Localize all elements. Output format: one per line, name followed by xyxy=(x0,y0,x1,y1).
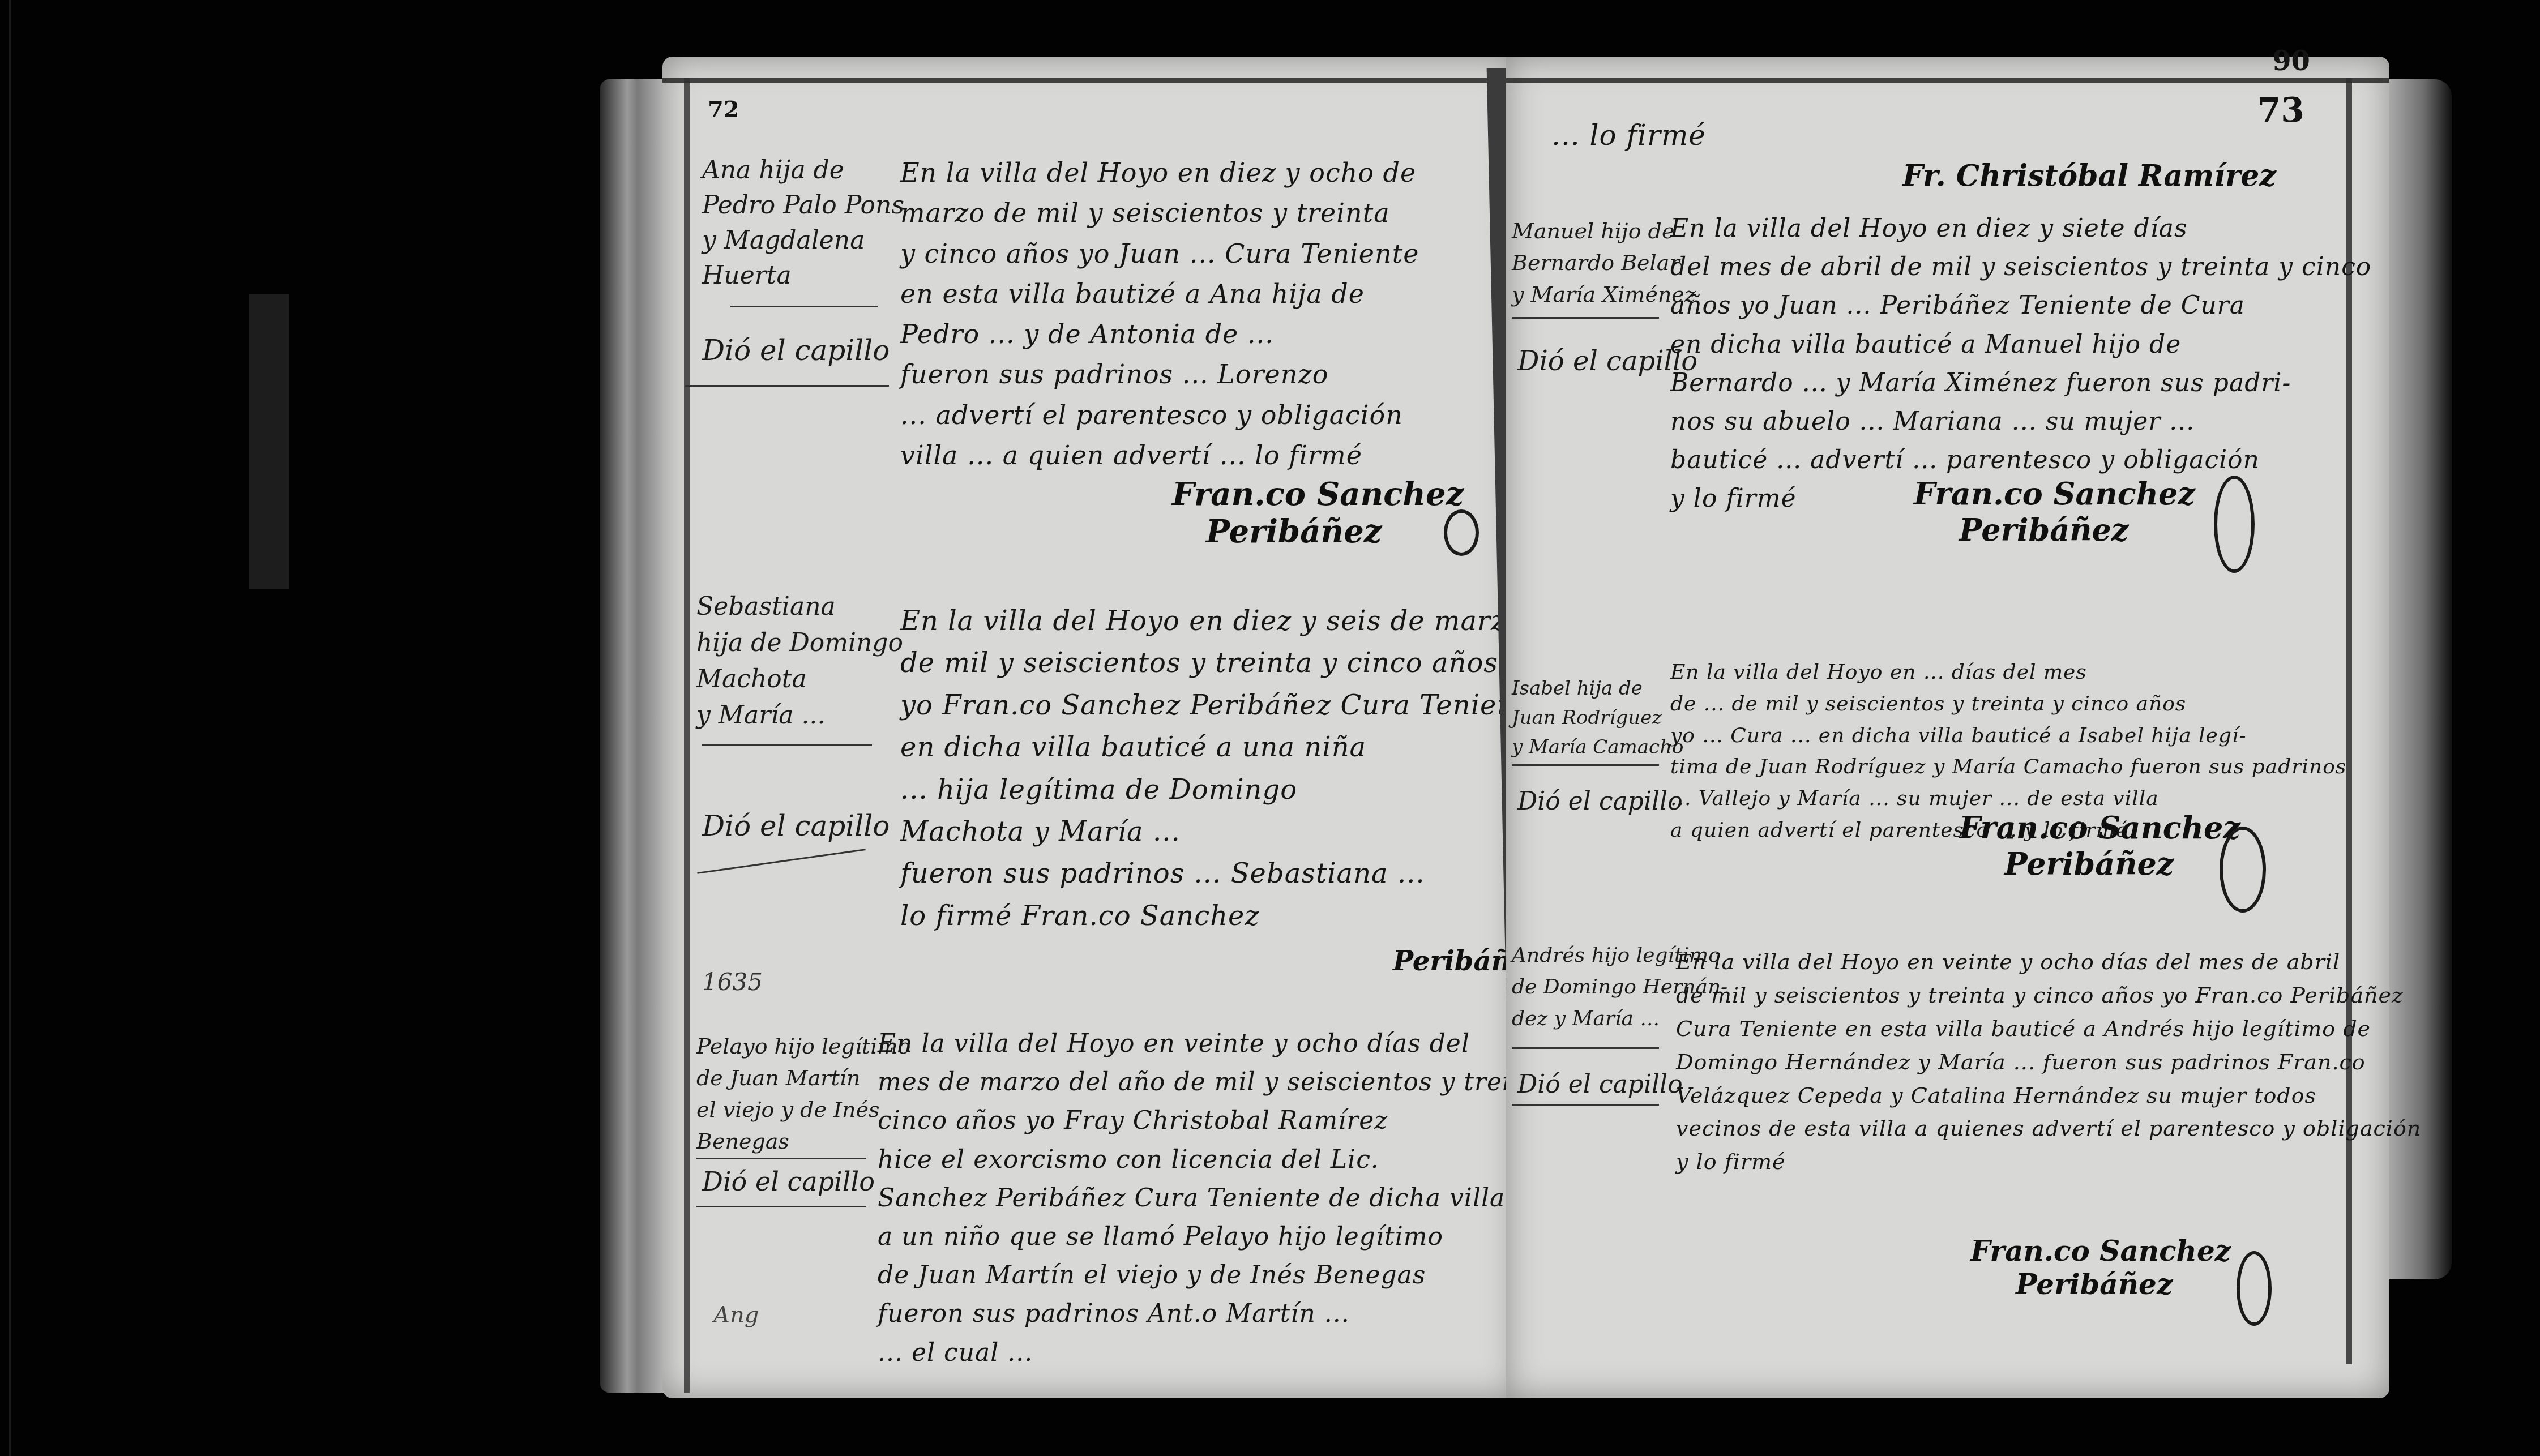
baptism-entry: En la villa del Hoyo en diez y ocho de m… xyxy=(900,153,1419,476)
signature-line: Fran.co Sanchez xyxy=(1959,810,2240,846)
margin-divider xyxy=(696,1206,866,1207)
margin-note-line: Pedro Palo Pons xyxy=(702,188,904,223)
margin-year: 1635 xyxy=(702,968,763,996)
margin-divider xyxy=(696,1158,866,1159)
left-page: 72 Ana hija de Pedro Palo Pons y Magdale… xyxy=(662,57,1517,1398)
margin-note: Sebastiana hija de Domingo Machota y Mar… xyxy=(696,589,903,734)
entry-line: en dicha villa bauticé a una niña xyxy=(900,726,1543,768)
margin-note-line: y María ... xyxy=(696,697,903,734)
entry-line: en esta villa bautizé a Ana hija de xyxy=(900,274,1419,314)
margin-note: Ana hija de Pedro Palo Pons y Magdalena … xyxy=(702,153,904,293)
margin-footer: Dió el capillo xyxy=(702,810,890,842)
right-page: 90 73 ... lo firmé Fr. Christóbal Ramíre… xyxy=(1506,57,2389,1398)
signature-line: Peribáñez xyxy=(1914,512,2195,548)
margin-note-line: Isabel hija de xyxy=(1512,674,1684,703)
entry-line: Sanchez Peribáñez Cura Teniente de dicha… xyxy=(878,1179,1576,1218)
signature: Fran.co Sanchez Peribáñez xyxy=(1970,1234,2231,1301)
margin-divider xyxy=(697,849,865,874)
left-page-stack-edge xyxy=(600,79,668,1393)
entry-line: Cura Teniente en esta villa bauticé a An… xyxy=(1676,1012,2421,1046)
entry-line: Machota y María ... xyxy=(900,811,1543,853)
signature-line: Peribáñez xyxy=(1970,1267,2231,1301)
entry-line: En la villa del Hoyo en veinte y ocho dí… xyxy=(1676,945,2421,979)
margin-note-line: y María Camacho xyxy=(1512,733,1684,762)
entry-line: tima de Juan Rodríguez y María Camacho f… xyxy=(1670,751,2346,783)
baptism-entry: En la villa del Hoyo en diez y seis de m… xyxy=(900,600,1543,937)
entry-line: y lo firmé xyxy=(1676,1145,2421,1179)
entry-line: ... hija legítima de Domingo xyxy=(900,769,1543,811)
entry-line: yo ... Cura ... en dicha villa bauticé a… xyxy=(1670,720,2346,752)
baptism-entry: En la villa del Hoyo en veinte y ocho dí… xyxy=(878,1025,1576,1372)
entry-line: de Juan Martín el viejo y de Inés Benega… xyxy=(878,1256,1576,1295)
signature-flourish xyxy=(2220,827,2266,913)
margin-note: Manuel hijo de Bernardo Belar y María Xi… xyxy=(1512,215,1696,310)
margin-note-line: y Magdalena xyxy=(702,223,904,258)
entry-line: cinco años yo Fray Christobal Ramírez xyxy=(878,1102,1576,1140)
entry-line: fueron sus padrinos ... Lorenzo xyxy=(900,354,1419,395)
entry-line: bauticé ... advertí ... parentesco y obl… xyxy=(1670,441,2371,479)
margin-divider xyxy=(702,744,872,746)
margin-footer: Dió el capillo xyxy=(702,334,890,367)
entry-line: marzo de mil y seiscientos y treinta xyxy=(900,193,1419,233)
entry-line: fueron sus padrinos Ant.o Martín ... xyxy=(878,1295,1576,1333)
entry-line: lo firmé Fran.co Sanchez xyxy=(900,895,1543,937)
background-artifact xyxy=(249,294,289,589)
signature-flourish xyxy=(2237,1251,2272,1326)
margin-note-line: Sebastiana xyxy=(696,589,903,625)
entry-line: de ... de mil y seiscientos y treinta y … xyxy=(1670,688,2346,720)
entry-line: hice el exorcismo con licencia del Lic. xyxy=(878,1141,1576,1179)
signature: Fran.co Sanchez Peribáñez xyxy=(1959,810,2240,882)
entry-line: a un niño que se llamó Pelayo hijo legít… xyxy=(878,1218,1576,1256)
entry-line: años yo Juan ... Peribáñez Teniente de C… xyxy=(1670,286,2371,325)
signature: Fran.co Sanchez Peribáñez xyxy=(1914,476,2195,548)
top-rule-line xyxy=(662,78,1517,83)
margin-rule-line xyxy=(684,78,690,1393)
margin-note-line: Manuel hijo de xyxy=(1512,215,1696,247)
page-number: 72 xyxy=(708,96,739,123)
signature-line: Peribáñez xyxy=(1959,846,2240,882)
signature-line: Fran.co Sanchez xyxy=(1914,476,2195,512)
entry-line: En la villa del Hoyo en veinte y ocho dí… xyxy=(878,1025,1576,1063)
header-signature: Fr. Christóbal Ramírez xyxy=(1902,159,2276,193)
baptism-entry: En la villa del Hoyo en veinte y ocho dí… xyxy=(1676,945,2421,1179)
margin-divider xyxy=(730,306,878,307)
entry-line: y cinco años yo Juan ... Cura Teniente xyxy=(900,234,1419,274)
entry-line: nos su abuelo ... Mariana ... su mujer .… xyxy=(1670,402,2371,441)
signature-line: Peribáñez xyxy=(1172,513,1464,550)
margin-note-line: Huerta xyxy=(702,258,904,293)
folio-number: 90 xyxy=(2272,45,2310,77)
top-rule-line xyxy=(1506,78,2389,83)
entry-line: de mil y seiscientos y treinta y cinco a… xyxy=(1676,979,2421,1012)
margin-footer: Dió el capillo xyxy=(1517,787,1683,816)
header-line: ... lo firmé xyxy=(1551,119,1706,152)
signature-flourish xyxy=(2214,476,2255,573)
entry-line: vecinos de esta villa a quienes advertí … xyxy=(1676,1112,2421,1145)
margin-divider xyxy=(1512,1104,1659,1106)
margin-divider xyxy=(1512,764,1659,766)
margin-note-line: Machota xyxy=(696,661,903,697)
signature-line: Fran.co Sanchez xyxy=(1172,476,1464,513)
margin-note-line: Ana hija de xyxy=(702,153,904,188)
entry-line: del mes de abril de mil y seiscientos y … xyxy=(1670,248,2371,286)
entry-line: en dicha villa bauticé a Manuel hijo de xyxy=(1670,326,2371,364)
margin-divider xyxy=(1512,1047,1659,1049)
margin-divider xyxy=(1512,317,1659,319)
baptism-entry: En la villa del Hoyo en diez y siete día… xyxy=(1670,209,2371,519)
entry-line: Pedro ... y de Antonia de ... xyxy=(900,314,1419,354)
entry-line: Velázquez Cepeda y Catalina Hernández su… xyxy=(1676,1079,2421,1112)
entry-line: ... advertí el parentesco y obligación xyxy=(900,395,1419,435)
entry-line: Domingo Hernández y María ... fueron sus… xyxy=(1676,1046,2421,1079)
entry-line: fueron sus padrinos ... Sebastiana ... xyxy=(900,853,1543,894)
entry-line: En la villa del Hoyo en diez y ocho de xyxy=(900,153,1419,193)
page-number: 73 xyxy=(2257,91,2305,130)
margin-footer: Dió el capillo xyxy=(702,1166,875,1197)
entry-line: mes de marzo del año de mil y seisciento… xyxy=(878,1063,1576,1102)
margin-annotation: Ang xyxy=(713,1302,759,1328)
signature-line: Fran.co Sanchez xyxy=(1970,1234,2231,1267)
signature: Fran.co Sanchez Peribáñez xyxy=(1172,476,1464,550)
entry-line: En la villa del Hoyo en ... días del mes xyxy=(1670,657,2346,688)
entry-line: En la villa del Hoyo en diez y siete día… xyxy=(1670,209,2371,248)
margin-divider xyxy=(685,385,889,387)
margin-note-line: Juan Rodríguez xyxy=(1512,703,1684,733)
margin-note-line: Bernardo Belar xyxy=(1512,247,1696,279)
margin-footer: Dió el capillo xyxy=(1517,1070,1683,1099)
scan-edge-line xyxy=(9,0,11,1456)
entry-line: Bernardo ... y María Ximénez fueron sus … xyxy=(1670,364,2371,402)
entry-line: villa ... a quien advertí ... lo firmé xyxy=(900,435,1419,476)
margin-note: Isabel hija de Juan Rodríguez y María Ca… xyxy=(1512,674,1684,762)
entry-line: ... el cual ... xyxy=(878,1334,1576,1372)
open-book: 72 Ana hija de Pedro Palo Pons y Magdale… xyxy=(600,57,2452,1404)
entry-line: yo Fran.co Sanchez Peribáñez Cura Tenien… xyxy=(900,684,1543,726)
entry-line: de mil y seiscientos y treinta y cinco a… xyxy=(900,642,1543,684)
margin-note-line: hija de Domingo xyxy=(696,625,903,661)
entry-line: En la villa del Hoyo en diez y seis de m… xyxy=(900,600,1543,642)
margin-note-line: y María Ximénez xyxy=(1512,279,1696,310)
signature-flourish xyxy=(1444,509,1479,556)
